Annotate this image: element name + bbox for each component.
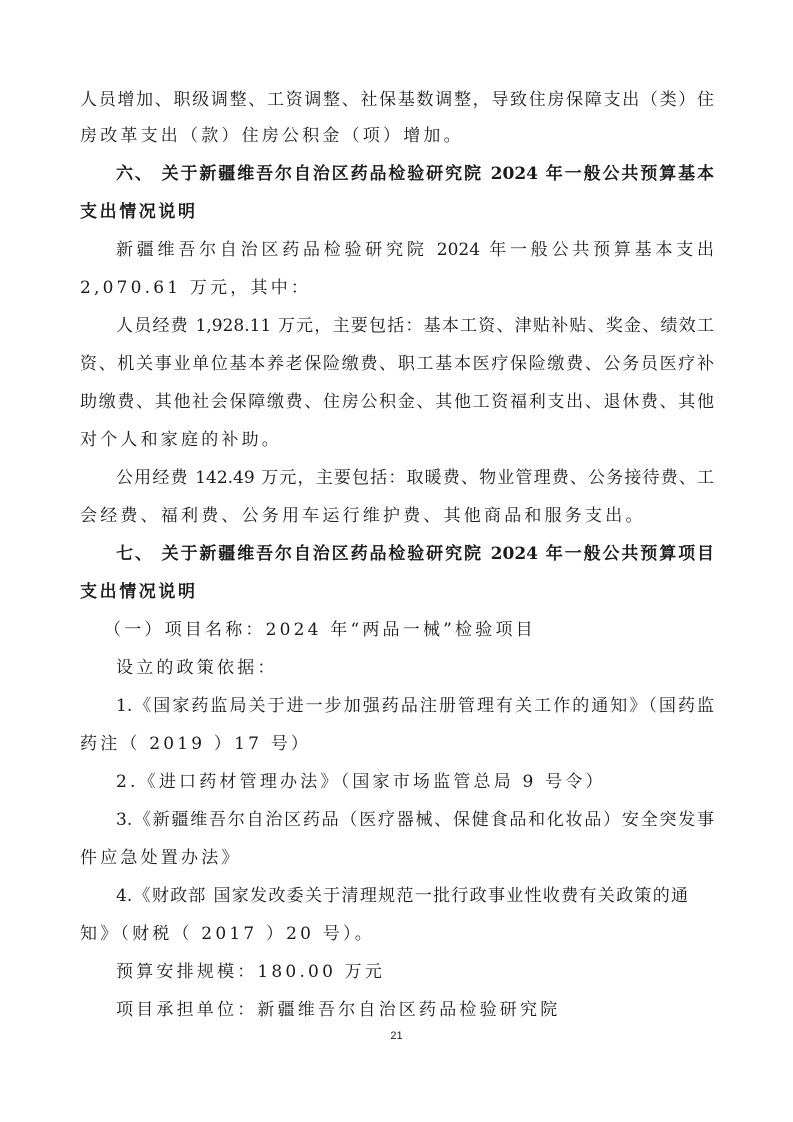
paragraph-line: 公用经费 142.49 万元，主要包括：取暖费、物业管理费、公务接待费、工 xyxy=(116,466,714,490)
page-number: 21 xyxy=(0,1030,793,1042)
budget-scale: 预算安排规模：180.00 万元 xyxy=(116,960,385,984)
project-name: （一）项目名称：2024 年“两品一械”检验项目 xyxy=(104,618,536,642)
paragraph-line: 新疆维吾尔自治区药品检验研究院 2024 年一般公共预算基本支出 xyxy=(116,238,714,262)
section-heading-6-cont: 支出情况说明 xyxy=(80,200,198,224)
paragraph-line: 房改革支出（款）住房公积金（项）增加。 xyxy=(80,124,464,148)
section-heading-7-cont: 支出情况说明 xyxy=(80,580,198,604)
policy-item-3-cont: 件应急处置办法》 xyxy=(80,846,242,870)
project-unit: 项目承担单位：新疆维吾尔自治区药品检验研究院 xyxy=(116,998,560,1022)
paragraph-line: 人员增加、职级调整、工资调整、社保基数调整，导致住房保障支出（类）住 xyxy=(80,88,714,112)
policy-item-1: 1.《国家药监局关于进一步加强药品注册管理有关工作的通知》（国药监 xyxy=(116,694,714,718)
paragraph-line: 人员经费 1,928.11 万元，主要包括：基本工资、津贴补贴、奖金、绩效工 xyxy=(116,314,714,338)
paragraph-line: 2,070.61 万元，其中： xyxy=(80,276,311,300)
paragraph-line: 对个人和家庭的补助。 xyxy=(80,428,282,452)
policy-item-3: 3.《新疆维吾尔自治区药品（医疗器械、保健食品和化妆品）安全突发事 xyxy=(116,808,714,832)
paragraph-line: 资、机关事业单位基本养老保险缴费、职工基本医疗保险缴费、公务员医疗补 xyxy=(80,352,714,376)
policy-item-4-cont: 知》（财税（ 2017 ）20 号）。 xyxy=(80,922,375,946)
policy-label: 设立的政策依据： xyxy=(116,656,278,680)
paragraph-line: 助缴费、其他社会保障缴费、住房公积金、其他工资福利支出、退休费、其他 xyxy=(80,390,714,414)
policy-item-1-cont: 药注（ 2019 ）17 号） xyxy=(80,732,311,756)
section-heading-6: 六、 关于新疆维吾尔自治区药品检验研究院 2024 年一般公共预算基本 xyxy=(116,162,714,186)
policy-item-2: 2.《进口药材管理办法》（国家市场监管总局 9 号令） xyxy=(116,770,606,794)
paragraph-line: 会经费、福利费、公务用车运行维护费、其他商品和服务支出。 xyxy=(80,504,646,528)
policy-item-4: 4.《财政部 国家发改委关于清理规范一批行政事业性收费有关政策的通 xyxy=(116,884,688,908)
section-heading-7: 七、 关于新疆维吾尔自治区药品检验研究院 2024 年一般公共预算项目 xyxy=(116,542,714,566)
